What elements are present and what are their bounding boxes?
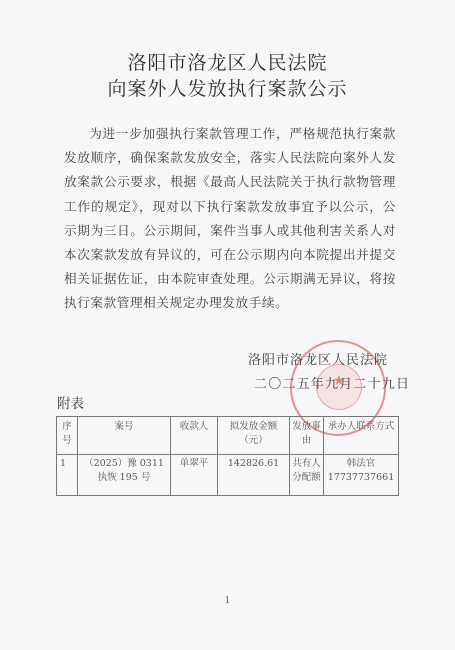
- notice-body: 为进一步加强执行案款管理工作，严格规范执行案款发放顺序，确保案款发放安全，落实人…: [64, 122, 396, 316]
- header-amount: 拟发放金额（元）: [218, 417, 290, 455]
- cell-reason: 共有人分配额: [290, 455, 324, 496]
- cell-contact: 韩法官 17737737661: [324, 455, 399, 496]
- header-seq: 序号: [57, 417, 78, 455]
- header-contact: 承办人联系方式: [324, 417, 399, 455]
- contact-phone: 17737737661: [326, 471, 396, 485]
- table-row: 1 （2025）豫 0311 执恢 195 号 单翠平 142826.61 共有…: [57, 455, 399, 496]
- page-number: 1: [0, 596, 455, 606]
- header-payee: 收款人: [171, 417, 218, 455]
- header-reason: 发放事由: [290, 417, 324, 455]
- cell-amount: 142826.61: [218, 455, 290, 496]
- signer: 洛阳市洛龙区人民法院: [248, 349, 388, 368]
- cell-case-no: （2025）豫 0311 执恢 195 号: [78, 455, 171, 496]
- issue-date: 二〇二五年九月二十九日: [254, 373, 410, 392]
- table-header-row: 序号 案号 收款人 拟发放金额（元） 发放事由 承办人联系方式: [57, 417, 399, 455]
- annex-table: 序号 案号 收款人 拟发放金额（元） 发放事由 承办人联系方式 1 （2025）…: [56, 416, 399, 496]
- notice-title: 向案外人发放执行案款公示: [0, 74, 455, 101]
- court-name-title: 洛阳市洛龙区人民法院: [0, 48, 455, 75]
- annex-label: 附表: [57, 392, 84, 412]
- header-case-no: 案号: [78, 417, 171, 455]
- document-page: 洛阳市洛龙区人民法院 向案外人发放执行案款公示 为进一步加强执行案款管理工作，严…: [0, 0, 455, 650]
- cell-payee: 单翠平: [171, 455, 218, 496]
- contact-name: 韩法官: [326, 457, 396, 471]
- cell-seq: 1: [57, 455, 78, 496]
